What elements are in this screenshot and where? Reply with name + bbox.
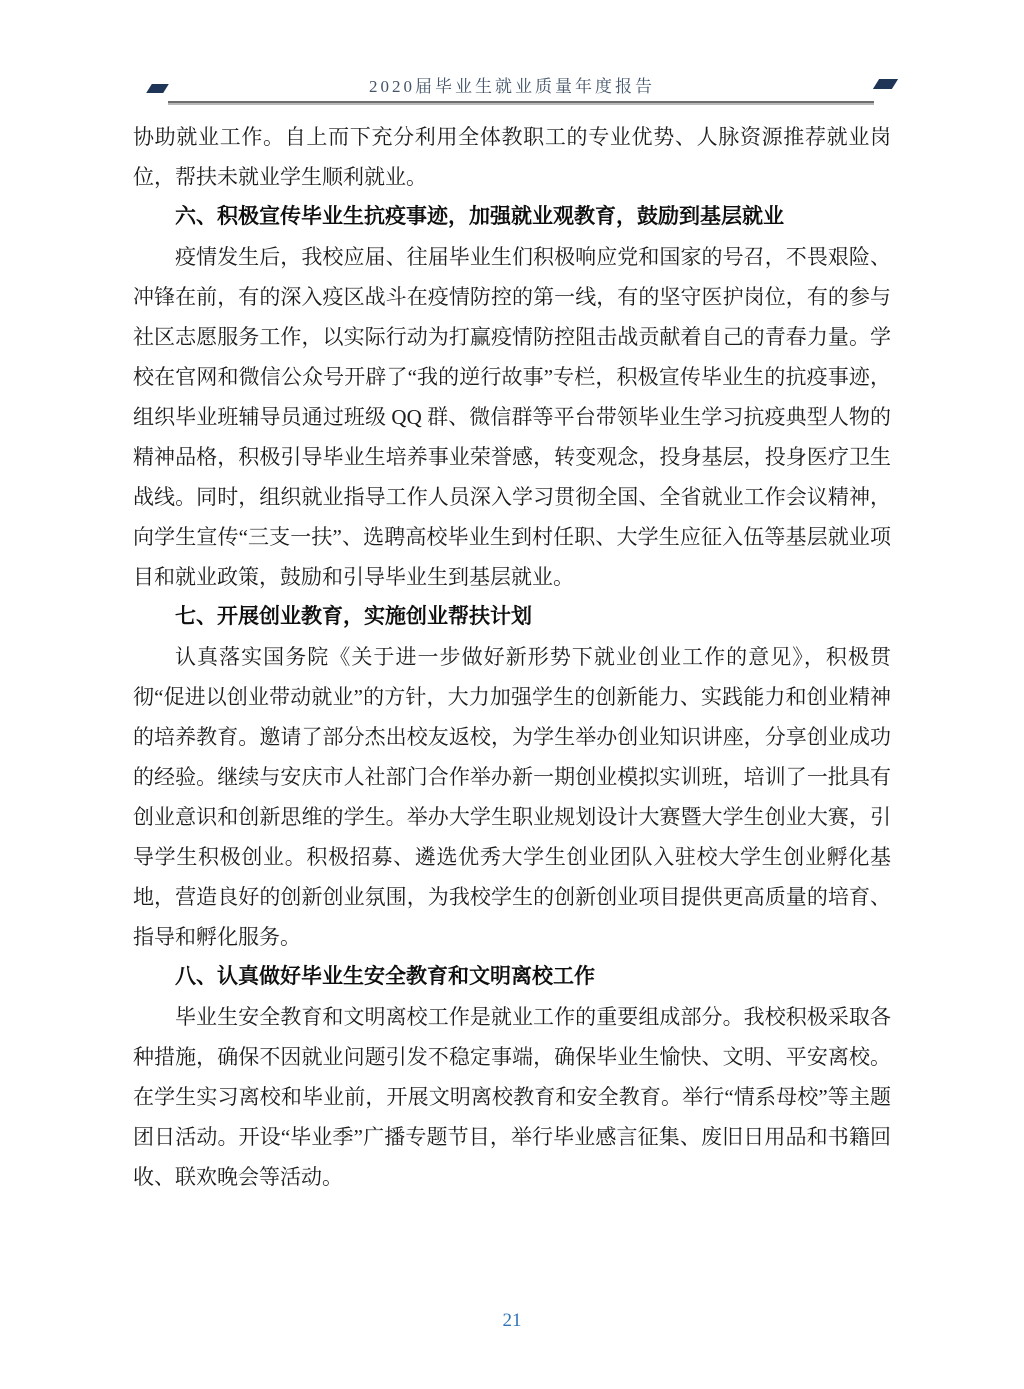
- document-content: 协助就业工作。自上而下充分利用全体教职工的专业优势、人脉资源推荐就业岗位，帮扶未…: [133, 117, 891, 1197]
- paragraph-seven: 认真落实国务院《关于进一步做好新形势下就业创业工作的意见》，积极贯彻“促进以创业…: [133, 637, 891, 957]
- document-page: 2020届毕业生就业质量年度报告 协助就业工作。自上而下充分利用全体教职工的专业…: [0, 0, 1024, 1389]
- page-number: 21: [0, 1310, 1024, 1332]
- section-heading-eight: 八、认真做好毕业生安全教育和文明离校工作: [133, 957, 891, 997]
- section-heading-six: 六、积极宣传毕业生抗疫事迹，加强就业观教育，鼓励到基层就业: [133, 197, 891, 237]
- paragraph-eight: 毕业生安全教育和文明离校工作是就业工作的重要组成部分。我校积极采取各种措施，确保…: [133, 997, 891, 1197]
- paragraph-continuation: 协助就业工作。自上而下充分利用全体教职工的专业优势、人脉资源推荐就业岗位，帮扶未…: [133, 117, 891, 197]
- header-divider: [168, 101, 874, 105]
- paragraph-six: 疫情发生后，我校应届、往届毕业生们积极响应党和国家的号召，不畏艰险、冲锋在前，有…: [133, 237, 891, 597]
- section-heading-seven: 七、开展创业教育，实施创业帮扶计划: [133, 597, 891, 637]
- header-title: 2020届毕业生就业质量年度报告: [0, 72, 1024, 97]
